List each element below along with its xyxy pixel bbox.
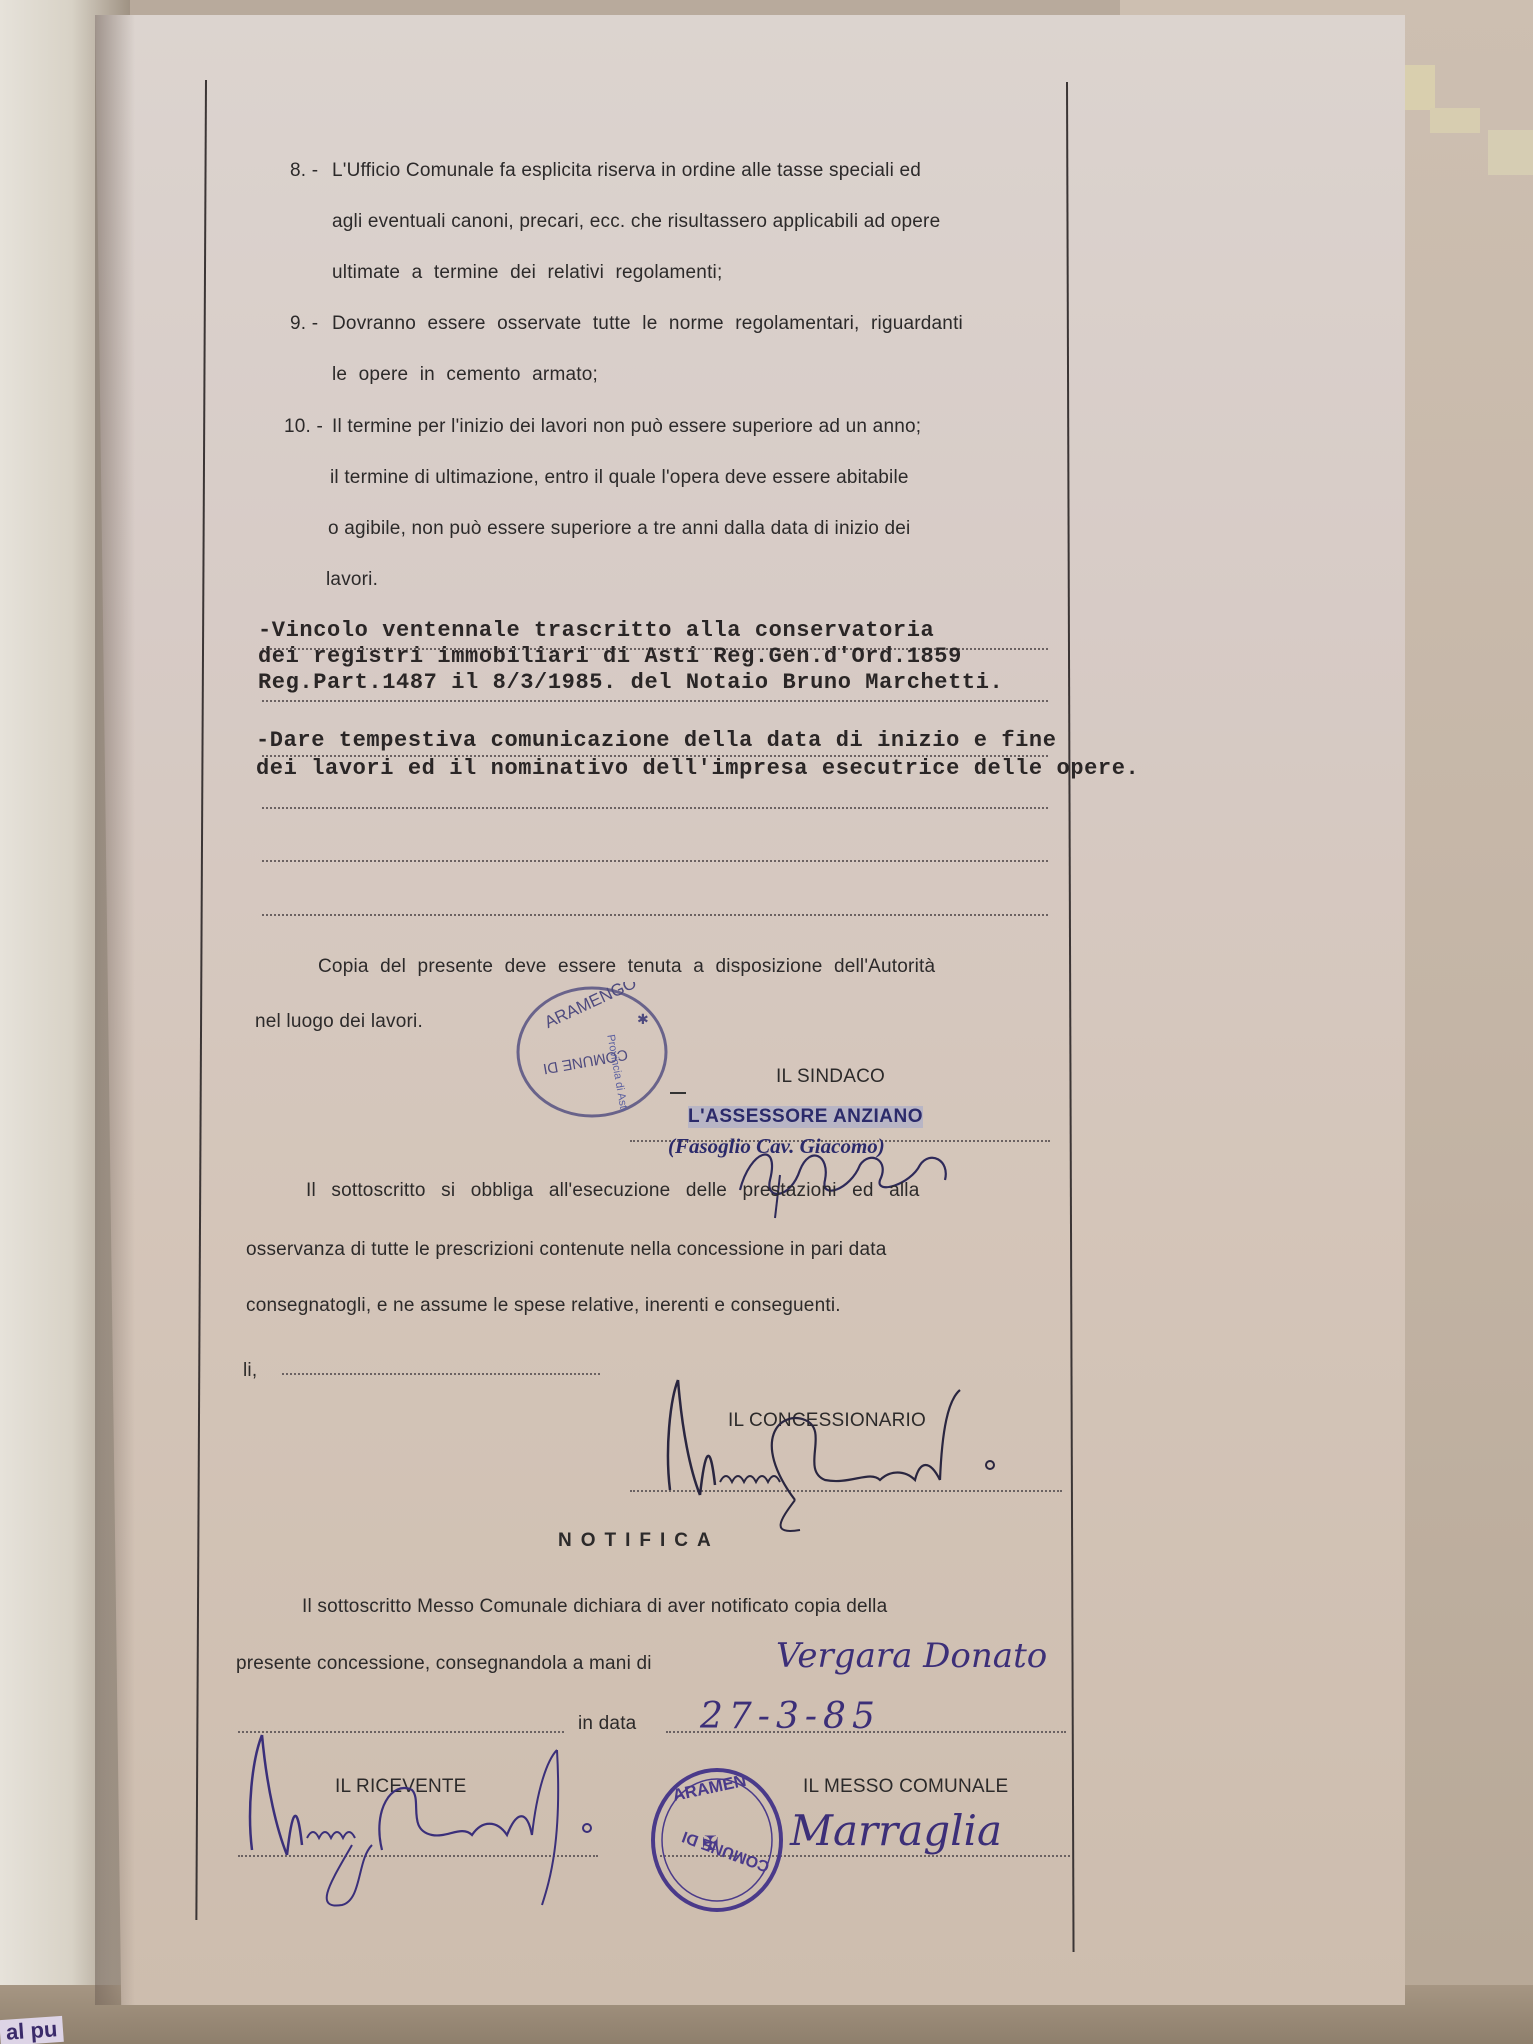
clause-10-number: 10. - [284, 416, 323, 438]
background-tab [1488, 130, 1533, 175]
background-tab [1430, 108, 1480, 133]
fill-line [262, 700, 1048, 702]
undertaking-line-3: consegnatogli, e ne assume le spese rela… [246, 1295, 841, 1317]
receiver-signature [232, 1720, 612, 1920]
svg-text:✱: ✱ [637, 1011, 649, 1027]
typewritten-comunicazione-line-1: -Dare tempestiva comunicazione della dat… [256, 728, 1057, 753]
svg-text:ARAMEN: ARAMEN [671, 1771, 748, 1805]
clause-8-line-1: L'Ufficio Comunale fa esplicita riserva … [332, 160, 921, 182]
place-date-label: li, [243, 1360, 257, 1382]
typewritten-vincolo-line-2: dei registri immobiliari di Asti Reg.Gen… [258, 644, 962, 669]
blank-fill-line [262, 914, 1048, 916]
copy-notice-line-1: Copia del presente deve essere tenuta a … [318, 956, 935, 978]
clause-8-line-2: agli eventuali canoni, precari, ecc. che… [332, 211, 940, 233]
background-label: al pu [0, 2016, 64, 2044]
clause-8-line-3: ultimate a termine dei relativi regolame… [332, 262, 722, 284]
page-fold-shadow [95, 15, 135, 2005]
typewritten-vincolo-line-1: -Vincolo ventennale trascritto alla cons… [258, 618, 934, 643]
recipient-name-handwritten: Vergara Donato [776, 1636, 1047, 1676]
svg-text:✠: ✠ [702, 1833, 719, 1855]
clause-8-number: 8. - [290, 160, 318, 182]
undertaking-line-2: osservanza di tutte le prescrizioni cont… [246, 1239, 886, 1261]
messenger-seal-stamp: ARAMEN COMUNE DI ✠ [647, 1765, 787, 1915]
messenger-title: IL MESSO COMUNALE [803, 1776, 1008, 1798]
notification-heading: NOTIFICA [558, 1530, 720, 1552]
clause-9-line-2: le opere in cemento armato; [332, 364, 598, 386]
assessor-stamp-role: L'ASSESSORE ANZIANO [688, 1106, 923, 1128]
svg-text:COMUNE DI: COMUNE DI [680, 1827, 772, 1874]
clause-10-line-3: o agibile, non può essere superiore a tr… [328, 518, 910, 540]
municipal-seal-stamp: ARAMENGO COMUNE DI Provincia di Asti ✱ [512, 982, 672, 1122]
place-date-line [282, 1373, 600, 1375]
notification-line-2: presente concessione, consegnandola a ma… [236, 1653, 652, 1675]
clause-10-line-2: il termine di ultimazione, entro il qual… [330, 467, 909, 489]
blank-fill-line [262, 807, 1048, 809]
clause-10-line-1: Il termine per l'inizio dei lavori non p… [332, 416, 921, 438]
mayor-title: IL SINDACO [776, 1066, 885, 1088]
undertaking-line-1: Il sottoscritto si obbliga all'esecuzion… [306, 1180, 920, 1202]
messenger-signature: Marraglia [790, 1806, 1002, 1855]
dash [670, 1092, 686, 1094]
notification-date-handwritten: 27-3-85 [700, 1696, 881, 1737]
notification-line-1: Il sottoscritto Messo Comunale dichiara … [302, 1596, 887, 1618]
clause-10-line-4: lavori. [326, 569, 378, 591]
blank-fill-line [262, 860, 1048, 862]
typewritten-comunicazione-line-2: dei lavori ed il nominativo dell'impresa… [256, 756, 1139, 781]
clause-9-line-1: Dovranno essere osservate tutte le norme… [332, 313, 963, 335]
typewritten-vincolo-line-3: Reg.Part.1487 il 8/3/1985. del Notaio Br… [258, 670, 1003, 695]
concessionaire-signature [630, 1370, 1020, 1540]
svg-text:Provincia di Asti: Provincia di Asti [604, 1034, 629, 1113]
mayor-signature [720, 1130, 980, 1220]
copy-notice-line-2: nel luogo dei lavori. [255, 1011, 423, 1033]
clause-9-number: 9. - [290, 313, 318, 335]
